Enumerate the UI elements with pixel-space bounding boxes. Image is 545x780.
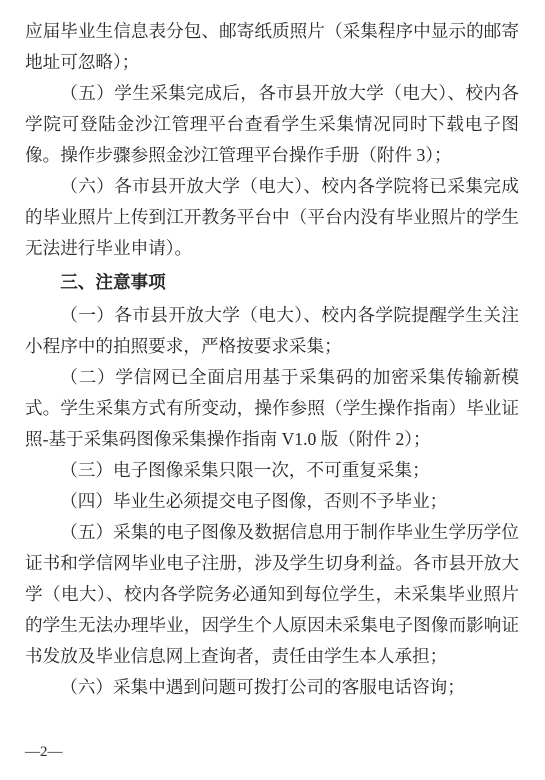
paragraph-item-5: （五）学生采集完成后，各市县开放大学（电大）、校内各学院可登陆金沙江管理平台查看…	[25, 78, 519, 171]
paragraph-note-6: （六）采集中遇到问题可拨打公司的客服电话咨询；	[25, 672, 519, 703]
paragraph-note-5: （五）采集的电子图像及数据信息用于制作毕业生学历学位证书和学信网毕业电子注册，涉…	[25, 517, 519, 672]
paragraph-continuation: 应届毕业生信息表分包、邮寄纸质照片（采集程序中显示的邮寄地址可忽略）；	[25, 16, 519, 78]
paragraph-item-6: （六）各市县开放大学（电大）、校内各学院将已采集完成的毕业照片上传到江开教务平台…	[25, 171, 519, 264]
document-page: 应届毕业生信息表分包、邮寄纸质照片（采集程序中显示的邮寄地址可忽略）； （五）学…	[0, 0, 545, 780]
paragraph-note-4: （四）毕业生必须提交电子图像，否则不予毕业；	[25, 486, 519, 517]
paragraph-note-2: （二）学信网已全面启用基于采集码的加密采集传输新模式。学生采集方式有所变动，操作…	[25, 362, 519, 455]
page-number: —2—	[25, 743, 63, 761]
paragraph-note-3: （三）电子图像采集只限一次，不可重复采集；	[25, 455, 519, 486]
paragraph-note-1: （一）各市县开放大学（电大）、校内各学院提醒学生关注小程序中的拍照要求，严格按要…	[25, 300, 519, 362]
section-heading-notes: 三、注意事项	[25, 267, 519, 298]
document-body: 应届毕业生信息表分包、邮寄纸质照片（采集程序中显示的邮寄地址可忽略）； （五）学…	[25, 16, 519, 703]
